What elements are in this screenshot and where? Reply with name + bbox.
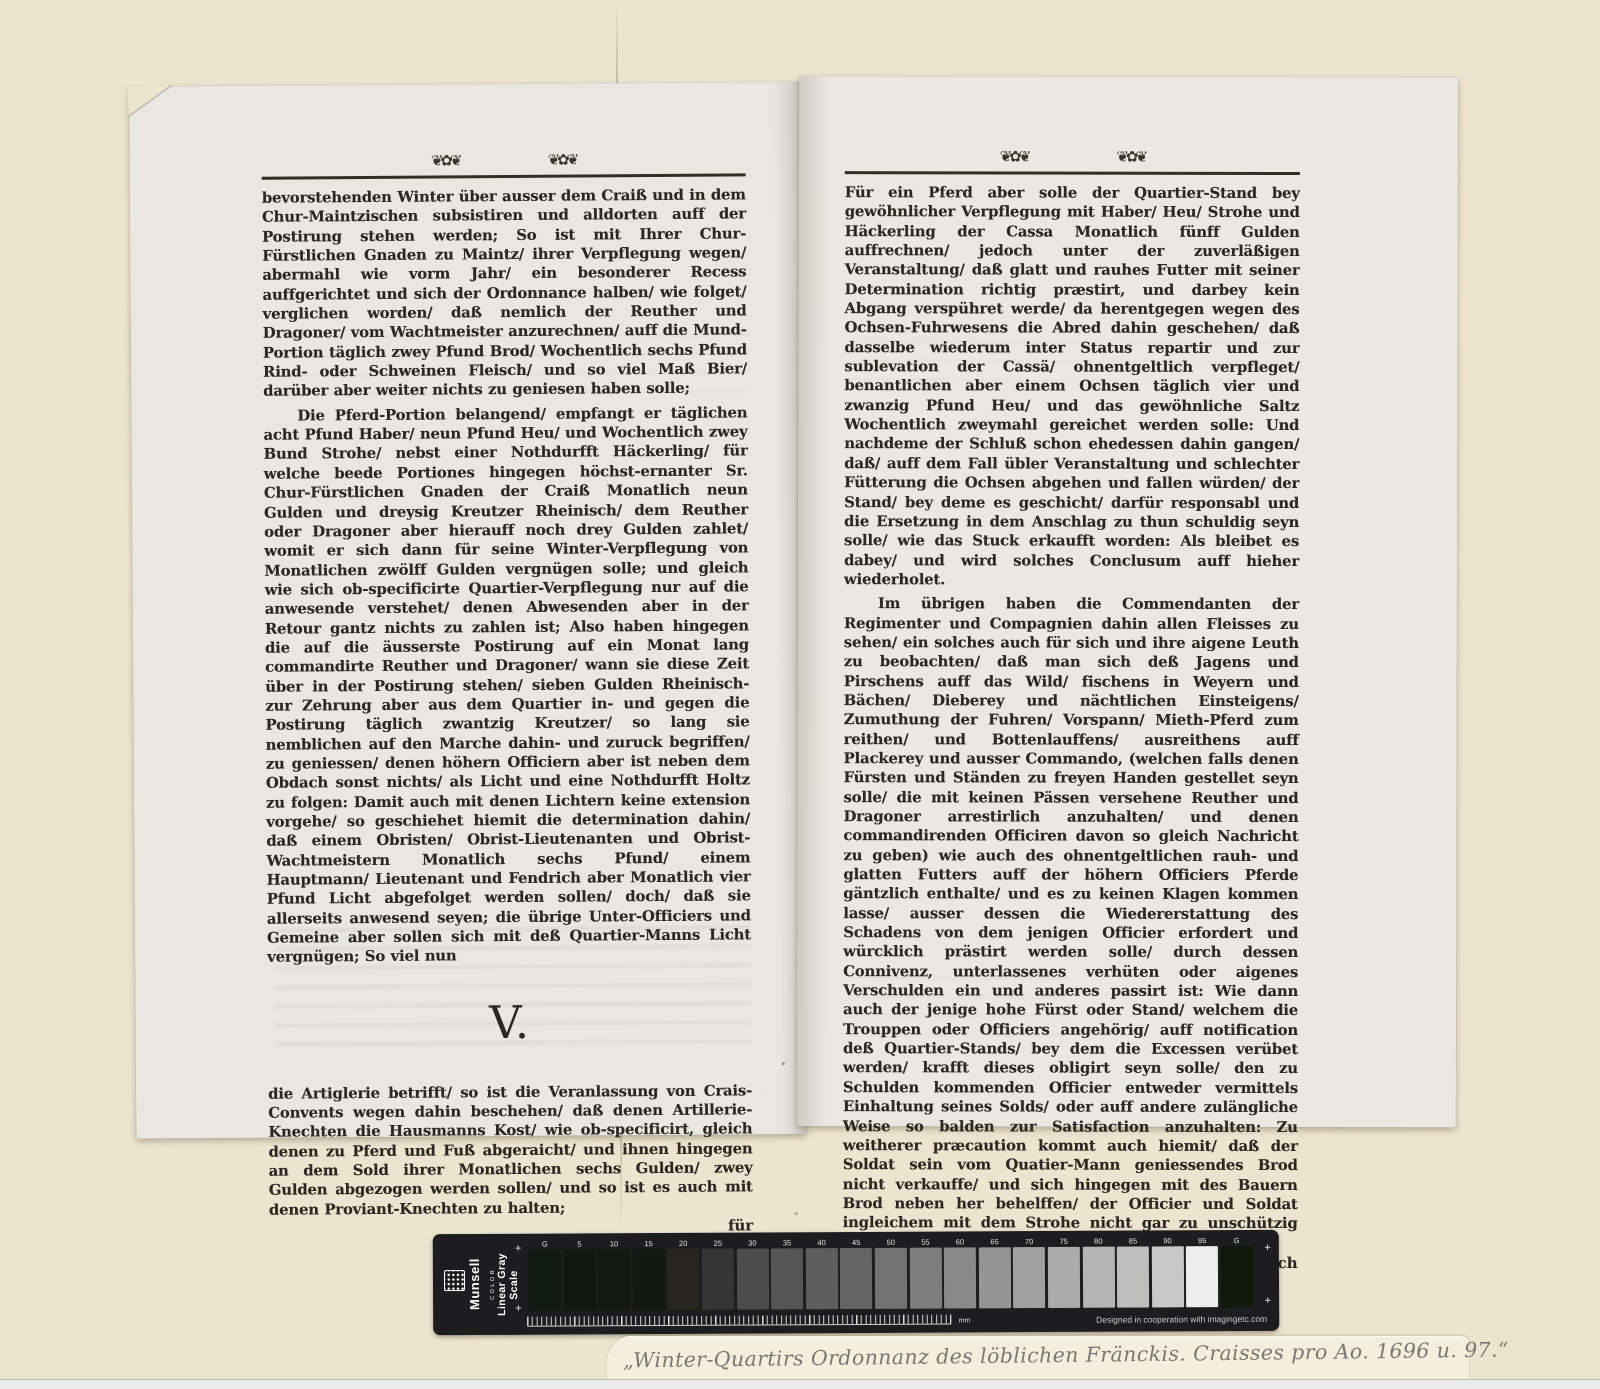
backing-crease-top bbox=[616, 0, 618, 86]
munsell-logo-icon bbox=[444, 1270, 465, 1291]
gray-patch-swatch bbox=[806, 1248, 838, 1309]
gray-patch-swatch bbox=[1013, 1247, 1045, 1308]
gray-patch-swatch bbox=[840, 1248, 872, 1309]
gray-patch-swatch bbox=[1152, 1246, 1184, 1307]
brand-name: Munsell bbox=[467, 1258, 482, 1310]
paragraph: die Artiglerie betrifft/ so ist die Vera… bbox=[268, 1081, 753, 1220]
gray-patch-label: 10 bbox=[610, 1238, 618, 1249]
mm-tick-scale bbox=[527, 1315, 951, 1327]
fleuron-ornament-icon: ❦✿❦ bbox=[547, 150, 576, 172]
gray-patch-label: 85 bbox=[1129, 1236, 1137, 1247]
scan-bottom-edge bbox=[0, 1380, 1600, 1389]
gray-patch-label: G bbox=[542, 1239, 548, 1250]
gray-patch-swatch bbox=[1186, 1246, 1218, 1307]
gray-patch-label: 40 bbox=[817, 1237, 825, 1248]
paragraph: Die Pferd-Portion belangend/ empfangt er… bbox=[263, 403, 751, 967]
plus-mark-icon: + bbox=[1264, 1242, 1271, 1254]
gray-patch-swatch bbox=[909, 1248, 941, 1309]
gray-patch-swatch bbox=[1048, 1247, 1080, 1308]
plus-mark-icon: + bbox=[1265, 1295, 1272, 1307]
gray-patch-swatch bbox=[702, 1249, 734, 1310]
ornament-row: ❦✿❦ ❦✿❦ bbox=[845, 146, 1300, 169]
gray-patch-label: 50 bbox=[887, 1237, 895, 1248]
fleuron-ornament-icon: ❦✿❦ bbox=[431, 150, 460, 172]
paragraph: Für ein Pferd aber solle der Quartier-St… bbox=[844, 183, 1300, 590]
paragraph: Im übrigen haben die Commendanten der Re… bbox=[843, 594, 1299, 1253]
gray-scale-ruler: Munsell COLOR Linear Gray Scale + + G510… bbox=[433, 1230, 1280, 1335]
gray-patch-label: 15 bbox=[644, 1238, 652, 1249]
gray-patch-swatch bbox=[563, 1249, 595, 1310]
gray-patch-swatch bbox=[771, 1248, 803, 1309]
gray-patch-label: 30 bbox=[748, 1238, 756, 1249]
ruler-footer-text: Designed in cooperation with imagingetc.… bbox=[1096, 1314, 1267, 1325]
gray-patch-label: 55 bbox=[921, 1237, 929, 1248]
gray-patch-swatch bbox=[529, 1250, 561, 1311]
gray-patch-label: 5 bbox=[577, 1238, 581, 1249]
paragraph: bevorstehenden Winter über ausser dem Cr… bbox=[262, 185, 747, 401]
gray-patch-label: 95 bbox=[1198, 1235, 1206, 1246]
ornament-row: ❦✿❦ ❦✿❦ bbox=[261, 148, 745, 173]
gray-patch-label: 60 bbox=[956, 1236, 964, 1247]
gray-patch-swatch bbox=[598, 1249, 630, 1310]
gray-patch-label: 80 bbox=[1094, 1236, 1102, 1247]
gray-patch-swatch bbox=[944, 1247, 976, 1308]
gray-patch-swatch bbox=[736, 1248, 768, 1309]
header-rule bbox=[845, 171, 1300, 175]
gray-patch-label: 70 bbox=[1025, 1236, 1033, 1247]
gray-patch-label: 20 bbox=[679, 1238, 687, 1249]
right-page-content: ❦✿❦ ❦✿❦ Für ein Pferd aber solle der Qua… bbox=[797, 76, 1458, 1127]
section-heading: V. bbox=[267, 994, 751, 1050]
header-rule bbox=[262, 173, 746, 179]
gray-patch-label: 90 bbox=[1163, 1235, 1171, 1246]
gray-patch-label: G bbox=[1234, 1235, 1240, 1246]
annotation-strip: „Winter-Quartirs Ordonnanz des löblichen… bbox=[607, 1336, 1469, 1383]
gray-patch-swatch bbox=[1221, 1246, 1253, 1307]
gray-patch-label: 35 bbox=[783, 1237, 791, 1248]
ruler-brand-block: Munsell COLOR Linear Gray Scale + + bbox=[433, 1234, 528, 1335]
plus-mark-icon: + bbox=[515, 1243, 522, 1255]
gray-patch-swatch bbox=[875, 1248, 907, 1309]
document-scan: ❦✿❦ ❦✿❦ bevorstehenden Winter über ausse… bbox=[0, 0, 1600, 1389]
registration-marks-left: + + bbox=[515, 1243, 522, 1315]
gray-patch-label: 75 bbox=[1060, 1236, 1068, 1247]
gray-patch-swatch bbox=[1117, 1246, 1149, 1307]
fleuron-ornament-icon: ❦✿❦ bbox=[1000, 146, 1029, 168]
gray-patch-label: 45 bbox=[852, 1237, 860, 1248]
gray-patch-swatch bbox=[1082, 1247, 1114, 1308]
gray-patch-label: 25 bbox=[714, 1238, 722, 1249]
registration-marks-right: + + bbox=[1264, 1242, 1271, 1307]
gray-patch-swatch bbox=[633, 1249, 665, 1310]
left-page: ❦✿❦ ❦✿❦ bevorstehenden Winter über ausse… bbox=[129, 82, 806, 1139]
right-page: ❦✿❦ ❦✿❦ Für ein Pferd aber solle der Qua… bbox=[797, 76, 1458, 1127]
paper-speck bbox=[782, 1062, 785, 1065]
gray-patch-swatch bbox=[667, 1249, 699, 1310]
handwritten-annotation: „Winter-Quartirs Ordonnanz des löblichen… bbox=[623, 1338, 1509, 1373]
fleuron-ornament-icon: ❦✿❦ bbox=[1116, 147, 1145, 169]
gray-patch-label: 65 bbox=[990, 1236, 998, 1247]
left-page-content: ❦✿❦ ❦✿❦ bevorstehenden Winter über ausse… bbox=[129, 82, 806, 1139]
gray-patch-swatch bbox=[979, 1247, 1011, 1308]
mm-unit-label: mm bbox=[959, 1317, 971, 1324]
plus-mark-icon: + bbox=[515, 1303, 522, 1315]
